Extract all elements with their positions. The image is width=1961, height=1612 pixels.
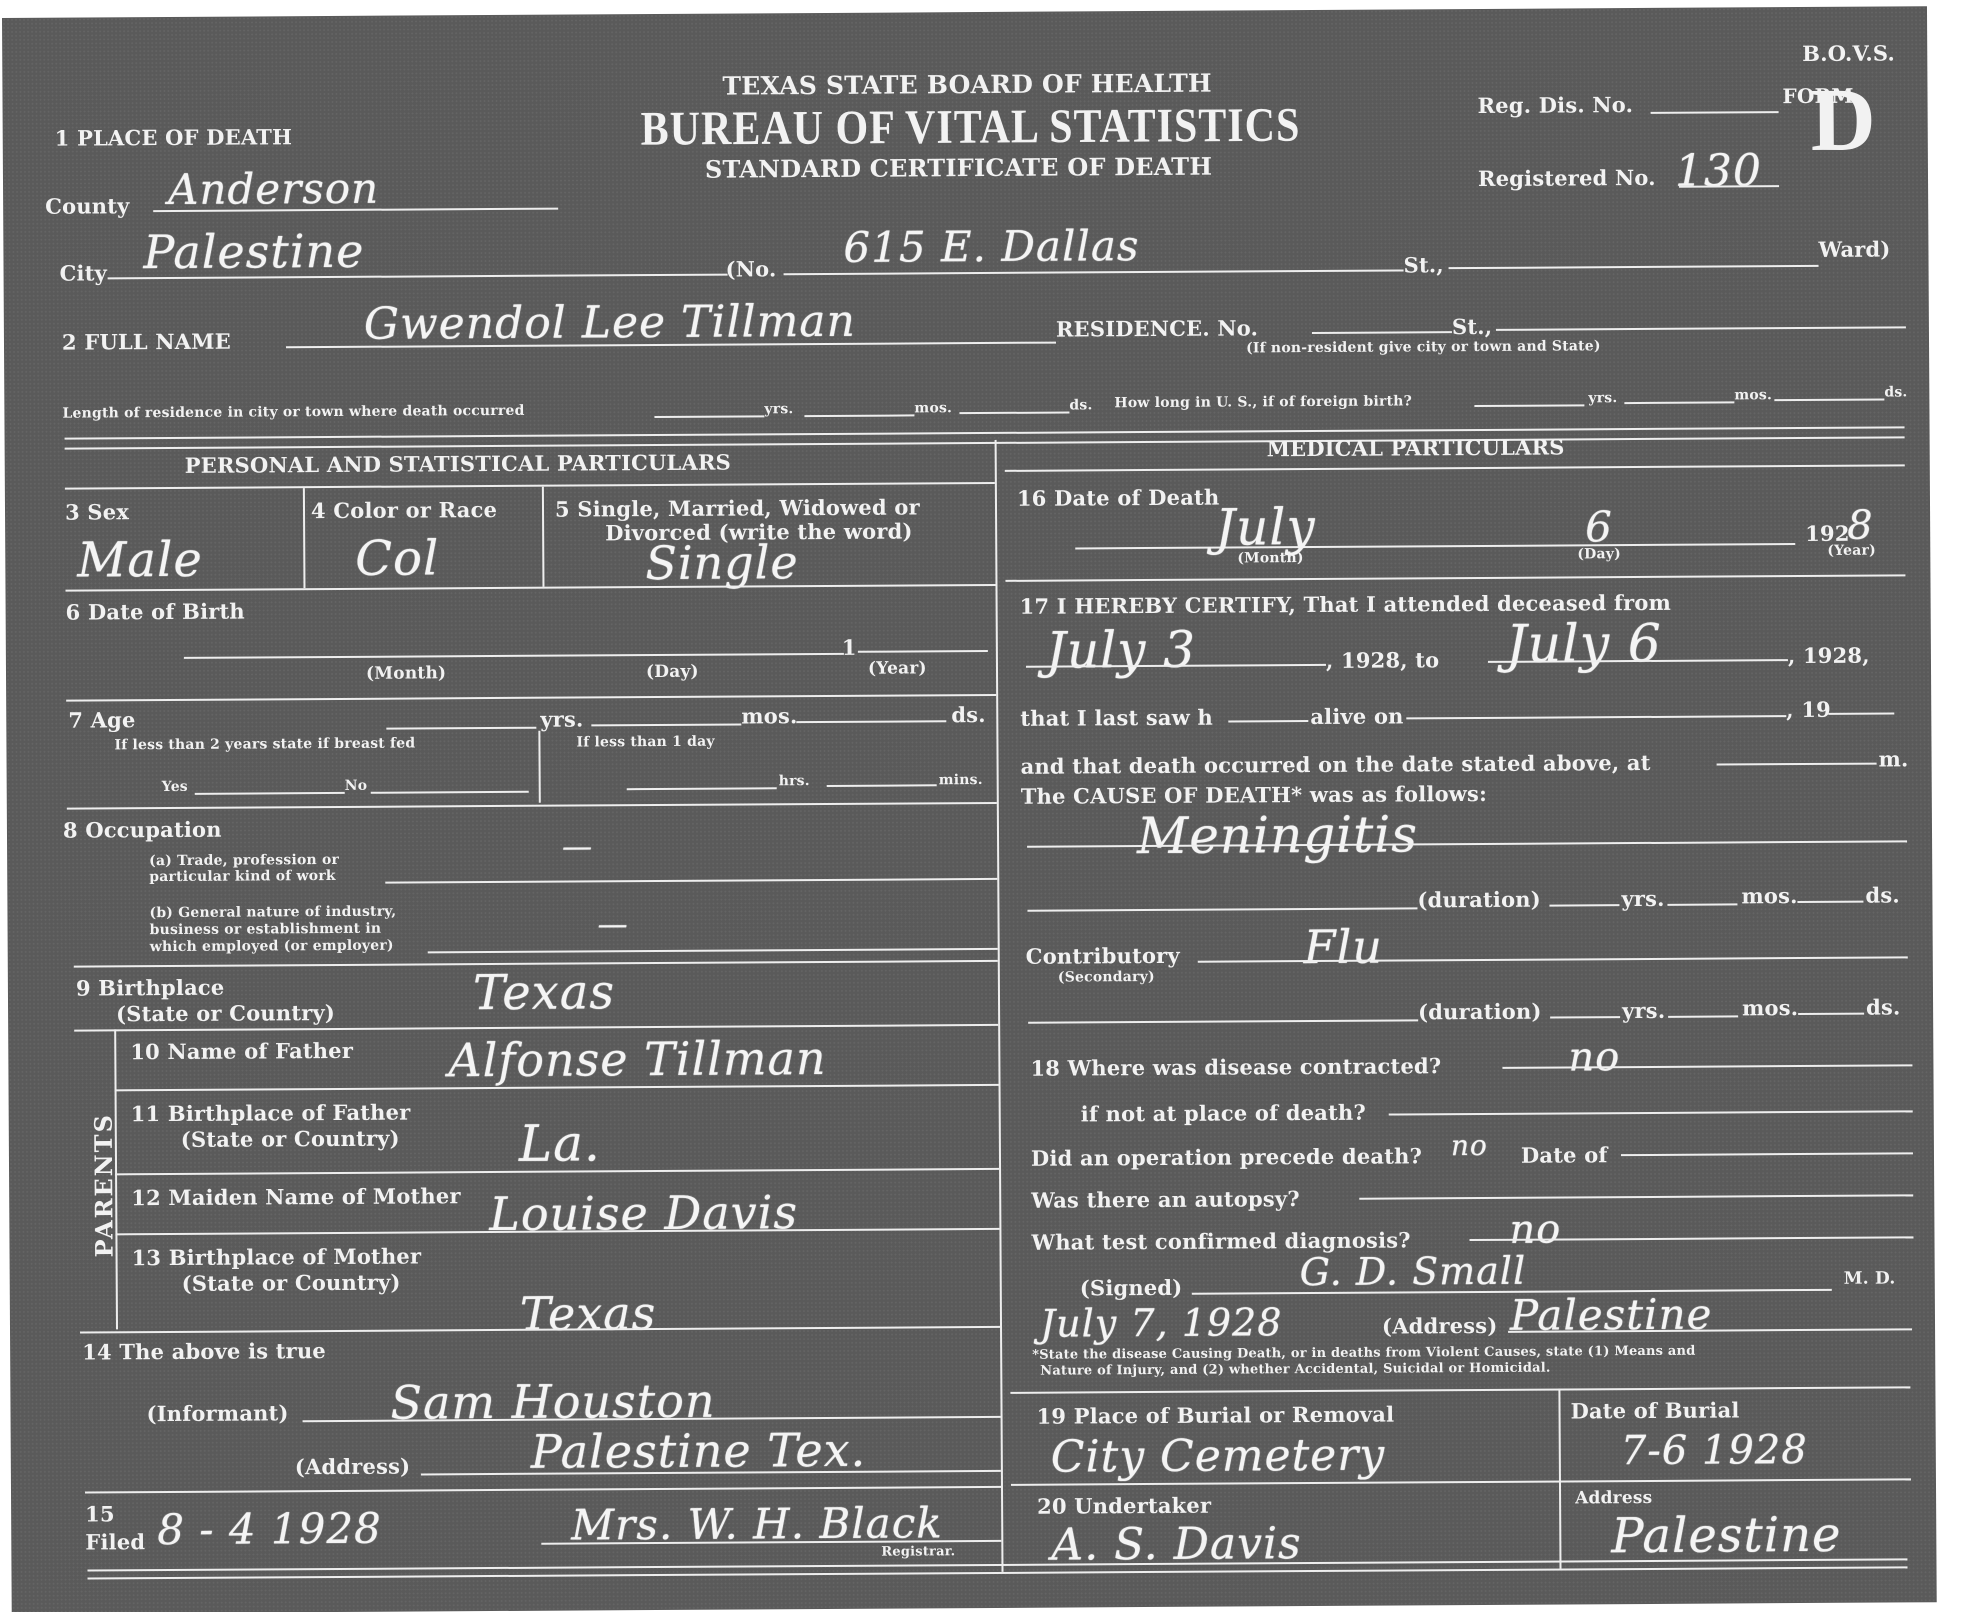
dur2-ds-line [1798,1013,1864,1015]
hrs-label: hrs. [779,773,810,789]
registered-label: Registered No. [1478,165,1656,191]
occ-b-label-2: business or establishment in [150,921,382,938]
dod-line [1075,543,1795,549]
registered-line [1679,185,1779,188]
res-ds-label: ds. [1069,397,1092,413]
no-label: No [345,778,368,794]
county-value: Anderson [168,164,379,214]
burial-date-label: Date of Burial [1570,1397,1739,1423]
footnote-2: Nature of Injury, and (2) whether Accide… [1040,1361,1550,1379]
certificate-title: STANDARD CERTIFICATE OF DEATH [705,152,1212,184]
place-of-death-label: 1 PLACE OF DEATH [55,124,293,150]
duration-2-line [1028,1019,1418,1023]
dur1-mos-line [1667,903,1737,905]
operation-label: Did an operation precede death? [1031,1143,1422,1170]
medical-section-title: MEDICAL PARTICULARS [1267,434,1565,461]
dob-day-caption: (Day) [646,662,699,682]
attended-from-year: , 1928, to [1326,647,1440,673]
death-certificate: TEXAS STATE BOARD OF HEALTH BUREAU OF VI… [2,6,1937,1612]
residence-label: RESIDENCE. No. [1056,315,1258,341]
form-word: FORM [1782,85,1802,107]
contracted-label: 18 Where was disease contracted? [1030,1053,1441,1081]
contributory-value: Flu [1304,920,1384,974]
signed-date: July 7, 1928 [1040,1300,1283,1345]
occ-b-line [428,948,998,953]
birthplace-label-1: 9 Birthplace [76,975,225,1001]
personal-section-title: PERSONAL AND STATISTICAL PARTICULARS [185,450,731,478]
row3-line [65,584,995,592]
duration-2-label: (duration) [1418,999,1542,1025]
mother-birthplace-label-1: 13 Birthplace of Mother [131,1243,421,1270]
dob-year-line [858,650,988,653]
reg-dis-label: Reg. Dis. No. [1477,92,1633,118]
mins-label: mins. [939,772,983,788]
sex-race-divider [303,488,306,588]
dur2-mos-label: mos. [1742,995,1798,1020]
city-label: City [59,260,107,285]
hrs-line [627,787,777,790]
date-of-label: Date of [1521,1142,1608,1168]
not-place-line [1389,1110,1913,1115]
nineteen-line [1828,712,1894,714]
dod-day-caption: (Day) [1577,546,1621,562]
foreign-yrs-label: yrs. [1588,390,1617,406]
dod-month-caption: (Month) [1237,550,1303,566]
physician-address-label: (Address) [1382,1313,1498,1339]
filed-date: 8 - 4 1928 [157,1504,382,1554]
footnote-1: *State the disease Causing Death, or in … [1032,1344,1695,1363]
burial-date-value: 7-6 1928 [1621,1427,1808,1474]
duration-1-label: (duration) [1417,887,1541,913]
bureau-title: BUREAU OF VITAL STATISTICS [641,98,1301,157]
father-value: Alfonse Tillman [448,1031,827,1087]
res-yrs-label: yrs. [764,401,793,417]
dur2-yrs-label: yrs. [1622,998,1665,1023]
occupation-label: 8 Occupation [63,817,222,843]
age-subdivider [538,731,540,803]
age-mos-line [591,723,741,726]
death-time-line [1717,763,1877,766]
burial-value: City Cemetery [1051,1430,1386,1483]
breast-fed-label: If less than 2 years state if breast fed [114,735,415,753]
father-birthplace-label-1: 11 Birthplace of Father [131,1100,411,1127]
separator-top-2 [65,436,1905,449]
agency-name: TEXAS STATE BOARD OF HEALTH [722,69,1212,101]
dur1-yrs-line [1549,904,1619,906]
residence-note: (If non-resident give city or town and S… [1246,338,1601,356]
filed-number: 15 [85,1501,115,1526]
above-true-label: 14 The above is true [82,1338,326,1364]
parents-label: PARENTS [89,1113,119,1257]
not-place-label: if not at place of death? [1081,1100,1366,1127]
sex-label: 3 Sex [65,499,129,524]
street-address-value: 615 E. Dallas [843,221,1139,272]
residence-st-line [1496,326,1906,331]
footnote-line [1010,1386,1910,1393]
last-saw-line [1228,720,1308,722]
full-name-value: Gwendol Lee Tillman [364,296,856,350]
less-day-label: If less than 1 day [576,734,714,751]
foreign-yrs-line [1474,404,1584,407]
death-occurred-label: and that death occurred on the date stat… [1021,750,1651,779]
race-marital-divider [542,487,545,587]
mins-line [827,784,937,787]
attended-to: July 6 [1506,614,1662,675]
contracted-value: no [1568,1034,1620,1080]
age-mos-label: mos. [741,703,797,728]
informant-label: (Informant) [146,1400,288,1426]
occ-a-line [385,878,997,884]
dod-month: July [1215,498,1316,557]
signed-value: G. D. Small [1300,1249,1527,1294]
occ-a-value: — [562,829,593,864]
occ-b-label-1: (b) General nature of industry, [149,904,396,922]
medical-title-line [1005,464,1905,471]
reg-dis-line [1651,111,1779,114]
undertaker-address-value: Palestine [1611,1507,1841,1564]
birthplace-value: Texas [473,964,615,1021]
signed-label: (Signed) [1080,1275,1183,1301]
city-value: Palestine [143,224,364,279]
autopsy-line [1359,1194,1913,1199]
occ-b-label-3: which employed (or employer) [150,938,394,955]
dob-month-caption: (Month) [366,663,446,683]
foreign-ds-line [1774,399,1884,402]
md-label: M. D. [1844,1268,1896,1288]
burial-label: 19 Place of Burial or Removal [1036,1402,1394,1429]
nineteen-label: , 19 [1786,697,1831,722]
marital-label-1: 5 Single, Married, Widowed or [555,494,920,521]
row7-line [67,802,997,810]
burial-divider [1558,1389,1561,1569]
dur1-yrs-label: yrs. [1621,886,1664,911]
res-ds-line [959,411,1069,414]
ward-label: Ward) [1818,236,1890,261]
occ-b-value: — [597,907,628,942]
age-yrs-line [386,727,536,730]
secondary-label: (Secondary) [1058,969,1155,986]
personal-title-line [65,482,995,490]
undertaker-value: A. S. Davis [1051,1518,1302,1571]
attended-to-year: , 1928, [1788,643,1870,668]
alive-on-line [1406,715,1786,719]
dur1-ds-label: ds. [1865,882,1900,907]
form-letter: D [1810,69,1876,172]
informant-address-label: (Address) [295,1454,411,1480]
last-saw-label: that I last saw h [1020,705,1213,731]
row14-line [85,1486,1001,1494]
marital-value: Single [645,535,799,590]
test-value: no [1509,1206,1561,1252]
no-line [371,791,529,794]
full-name-label: 2 FULL NAME [62,329,231,355]
foreign-birth-label: How long in U. S., if of foreign birth? [1114,393,1412,411]
registered-number: 130 [1675,145,1762,197]
foreign-mos-line [1624,401,1734,404]
mother-birthplace-value: Texas [520,1286,657,1341]
filed-label: Filed [85,1529,145,1554]
residence-length-label: Length of residence in city or town wher… [62,403,524,422]
duration-1-line [1027,907,1417,911]
dob-year-prefix: 1 [842,635,857,660]
undertaker-address-label: Address [1575,1488,1652,1508]
center-divider [995,440,1004,1572]
mother-label: 12 Maiden Name of Mother [131,1183,461,1210]
dod-year-caption: (Year) [1827,543,1876,559]
dod-label: 16 Date of Death [1017,485,1220,511]
attended-from: July 3 [1046,621,1197,680]
dur2-ds-label: ds. [1866,994,1901,1019]
autopsy-label: Was there an autopsy? [1031,1186,1300,1213]
sex-value: Male [77,532,203,589]
age-ds-line [796,720,946,723]
residence-st-label: St., [1452,314,1492,339]
res-mos-line [804,414,914,417]
row6-line [66,694,996,702]
birthplace-label-2: (State or Country) [116,1000,335,1026]
bovs-label: B.O.V.S. [1802,40,1895,66]
operation-value: no [1451,1129,1488,1162]
dod-day: 6 [1585,502,1613,551]
res-yrs-line [654,415,764,418]
residence-no-line [1312,331,1452,334]
operation-date-line [1621,1152,1913,1156]
contributory-label: Contributory [1026,943,1180,969]
foreign-ds-label: ds. [1884,384,1907,400]
dob-label: 6 Date of Birth [66,599,245,625]
age-ds-label: ds. [951,702,986,727]
dur1-mos-label: mos. [1741,883,1797,908]
occ-a-label-1: (a) Trade, profession or [149,852,339,869]
father-label: 10 Name of Father [130,1038,353,1064]
yes-label: Yes [162,779,188,795]
row16-line [1005,574,1905,581]
occ-a-label-2: particular kind of work [149,868,336,885]
m-label: m. [1878,746,1908,771]
street-suffix-label: St., [1403,252,1443,277]
father-birthplace-label-2: (State or Country) [181,1126,400,1152]
registrar-label: Registrar. [881,1544,955,1559]
yes-line [195,792,345,795]
ward-line [1449,265,1819,269]
age-yrs-label: yrs. [540,706,583,731]
cause-value: Meningitis [1137,805,1418,865]
contracted-line [1502,1064,1912,1069]
foreign-mos-label: mos. [1734,387,1772,403]
dob-line [184,653,844,659]
dob-year-caption: (Year) [868,658,927,678]
mother-birthplace-label-2: (State or Country) [182,1270,401,1296]
father-birthplace-value: La. [519,1114,601,1172]
race-label: 4 Color or Race [311,497,497,523]
county-label: County [45,193,130,219]
undertaker-label: 20 Undertaker [1037,1493,1211,1519]
dur1-ds-line [1797,901,1863,903]
dur2-mos-line [1668,1015,1738,1017]
alive-on-label: alive on [1310,703,1403,729]
res-mos-label: mos. [914,400,952,416]
race-value: Col [355,530,439,587]
age-label: 7 Age [68,707,135,732]
dur2-yrs-line [1550,1016,1620,1018]
street-no-label: (No. [725,256,776,281]
